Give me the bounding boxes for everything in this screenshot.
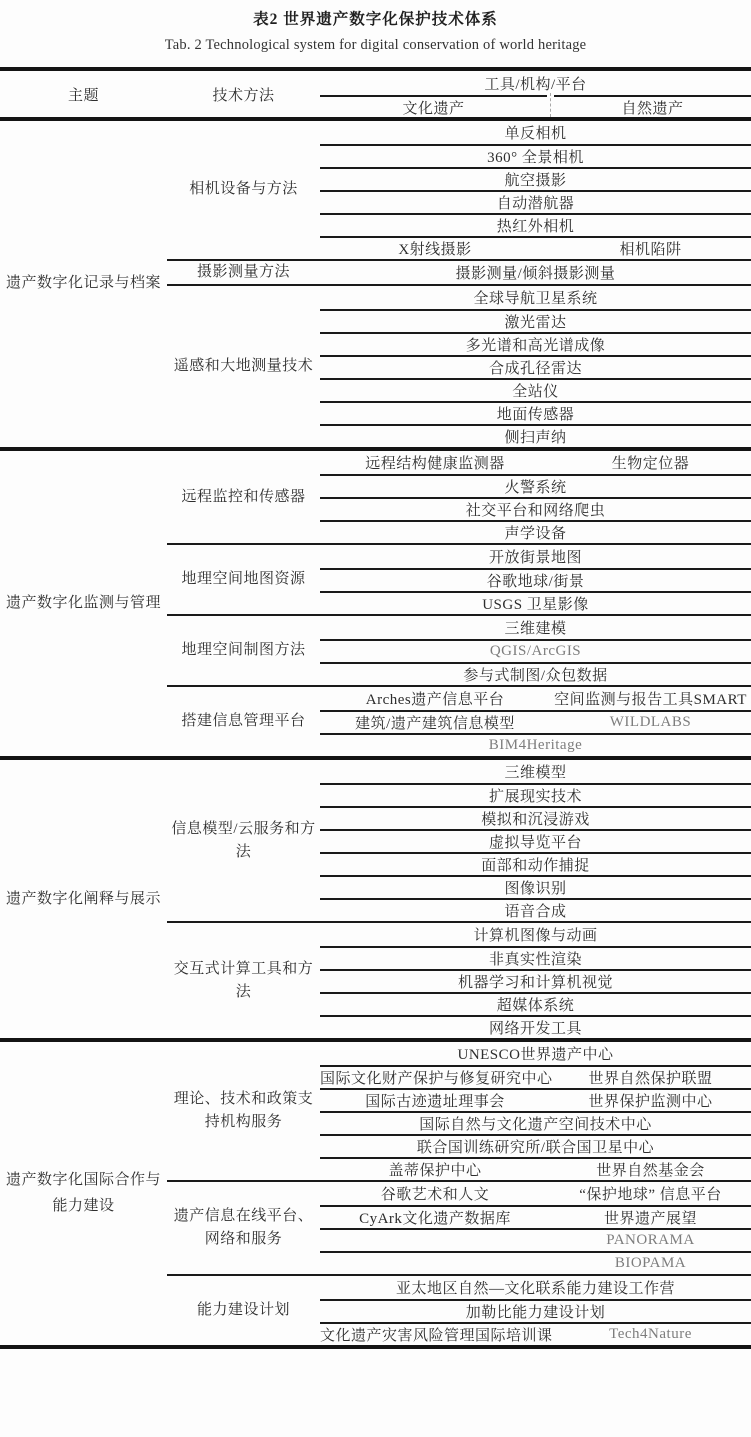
tool-row: 网络开发工具 (320, 1015, 751, 1038)
tool-cell-span: 计算机图像与动画 (320, 924, 751, 945)
tool-row: 国际文化财产保护与修复研究中心世界自然保护联盟 (320, 1065, 751, 1088)
method-cell: 相机设备与方法 (167, 121, 320, 259)
tool-cell-span: 三维模型 (320, 761, 751, 782)
tool-cell-natural: PANORAMA (550, 1232, 751, 1249)
tool-row: 谷歌地球/街景 (320, 568, 751, 591)
tool-rows: 远程结构健康监测器生物定位器火警系统社交平台和网络爬虫声学设备 (320, 451, 751, 543)
column-header-natural: 自然遗产 (554, 95, 751, 117)
tool-cell-cultural: 建筑/遗产建筑信息模型 (320, 712, 550, 733)
tool-row: 图像识别 (320, 875, 751, 898)
tool-cell-span: USGS 卫星影像 (320, 593, 751, 614)
tool-row: 单反相机 (320, 121, 751, 144)
tool-cell-span: UNESCO世界遗产中心 (320, 1043, 751, 1064)
tool-row: 虚拟导览平台 (320, 829, 751, 852)
tool-cell-span: 面部和动作捕捉 (320, 854, 751, 875)
tool-cell-natural: 生物定位器 (550, 452, 751, 473)
tool-cell-span: 加勒比能力建设计划 (320, 1301, 751, 1322)
tool-cell-span: 热红外相机 (320, 215, 751, 236)
tool-cell-span: 全球导航卫星系统 (320, 287, 751, 308)
method-cell: 遗产信息在线平台、网络和服务 (167, 1182, 320, 1274)
method-cell: 摄影测量方法 (167, 261, 320, 284)
tool-cell-span: QGIS/ArcGIS (320, 643, 751, 660)
tool-rows: Arches遗产信息平台空间监测与报告工具SMART建筑/遗产建筑信息模型WIL… (320, 687, 751, 756)
tool-row: 合成孔径雷达 (320, 355, 751, 378)
table-section: 遗产数字化阐释与展示信息模型/云服务和方法三维模型扩展现实技术模拟和沉浸游戏虚拟… (0, 756, 751, 1038)
tool-rows: 单反相机360° 全景相机航空摄影自动潜航器热红外相机X射线摄影相机陷阱 (320, 121, 751, 259)
tool-cell-span: 全站仪 (320, 380, 751, 401)
tool-row: 超媒体系统 (320, 992, 751, 1015)
tool-cell-span: 网络开发工具 (320, 1017, 751, 1038)
tool-rows: 谷歌艺术和人文“保护地球” 信息平台CyArk文化遗产数据库世界遗产展望PANO… (320, 1182, 751, 1274)
method-group: 摄影测量方法摄影测量/倾斜摄影测量 (167, 259, 751, 284)
method-cell: 地理空间地图资源 (167, 545, 320, 614)
column-header-tools-group: 工具/机构/平台 文化遗产 自然遗产 (320, 71, 751, 117)
column-header-cultural: 文化遗产 (320, 95, 547, 117)
method-group: 地理空间制图方法三维建模QGIS/ArcGIS参与式制图/众包数据 (167, 614, 751, 685)
tool-row: 面部和动作捕捉 (320, 852, 751, 875)
tool-cell-span: 三维建模 (320, 617, 751, 638)
tool-row: 扩展现实技术 (320, 783, 751, 806)
tool-cell-natural: 世界自然基金会 (550, 1159, 751, 1180)
tool-cell-cultural: 文化遗产灾害风险管理国际培训课 (320, 1324, 550, 1345)
column-header-theme: 主题 (0, 71, 167, 117)
table-body: 遗产数字化记录与档案相机设备与方法单反相机360° 全景相机航空摄影自动潜航器热… (0, 121, 751, 1345)
column-header-method: 技术方法 (167, 71, 320, 117)
tool-row: UNESCO世界遗产中心 (320, 1042, 751, 1065)
tool-row: 社交平台和网络爬虫 (320, 497, 751, 520)
tool-cell-span: 单反相机 (320, 122, 751, 143)
tool-row: 地面传感器 (320, 401, 751, 424)
tool-row: PANORAMA (320, 1228, 751, 1251)
tool-cell-span: 开放街景地图 (320, 546, 751, 567)
tool-cell-span: 国际自然与文化遗产空间技术中心 (320, 1113, 751, 1134)
table-title-chinese: 表2 世界遗产数字化保护技术体系 (0, 7, 751, 29)
tool-row: CyArk文化遗产数据库世界遗产展望 (320, 1205, 751, 1228)
method-group: 理论、技术和政策支持机构服务UNESCO世界遗产中心国际文化财产保护与修复研究中… (167, 1042, 751, 1180)
method-cell: 远程监控和传感器 (167, 451, 320, 543)
tool-rows: 摄影测量/倾斜摄影测量 (320, 261, 751, 284)
tool-row: 计算机图像与动画 (320, 923, 751, 946)
tool-row: 国际自然与文化遗产空间技术中心 (320, 1111, 751, 1134)
tool-row: 语音合成 (320, 898, 751, 921)
tool-rows: 三维模型扩展现实技术模拟和沉浸游戏虚拟导览平台面部和动作捕捉图像识别语音合成 (320, 760, 751, 921)
tool-cell-cultural: 盖蒂保护中心 (320, 1159, 550, 1180)
method-group: 相机设备与方法单反相机360° 全景相机航空摄影自动潜航器热红外相机X射线摄影相… (167, 121, 751, 259)
tool-cell-cultural: X射线摄影 (320, 238, 550, 259)
tool-row: 全球导航卫星系统 (320, 286, 751, 309)
method-group: 遥感和大地测量技术全球导航卫星系统激光雷达多光谱和高光谱成像合成孔径雷达全站仪地… (167, 284, 751, 447)
tool-cell-span: 谷歌地球/街景 (320, 570, 751, 591)
tool-row: 热红外相机 (320, 213, 751, 236)
tool-cell-cultural: 远程结构健康监测器 (320, 452, 550, 473)
tool-cell-span: 语音合成 (320, 900, 751, 921)
tool-cell-cultural: 国际文化财产保护与修复研究中心 (320, 1067, 550, 1088)
table-section: 遗产数字化国际合作与能力建设理论、技术和政策支持机构服务UNESCO世界遗产中心… (0, 1038, 751, 1345)
tool-row: 360° 全景相机 (320, 144, 751, 167)
method-groups: 相机设备与方法单反相机360° 全景相机航空摄影自动潜航器热红外相机X射线摄影相… (167, 121, 751, 447)
tool-row: Arches遗产信息平台空间监测与报告工具SMART (320, 687, 751, 710)
tool-cell-natural: 世界遗产展望 (550, 1207, 751, 1228)
tool-row: 加勒比能力建设计划 (320, 1299, 751, 1322)
tool-cell-span: BIM4Heritage (320, 737, 751, 754)
tool-row: 侧扫声纳 (320, 424, 751, 447)
tool-row: 亚太地区自然—文化联系能力建设工作营 (320, 1276, 751, 1299)
method-cell: 理论、技术和政策支持机构服务 (167, 1042, 320, 1180)
tool-cell-natural: 空间监测与报告工具SMART (550, 688, 751, 709)
table-header-row: 主题 技术方法 工具/机构/平台 文化遗产 自然遗产 (0, 71, 751, 121)
tool-cell-span: 火警系统 (320, 476, 751, 497)
tool-cell-natural: BIOPAMA (550, 1255, 751, 1272)
tool-row: 参与式制图/众包数据 (320, 662, 751, 685)
theme-cell: 遗产数字化国际合作与能力建设 (0, 1042, 167, 1345)
tool-row: QGIS/ArcGIS (320, 639, 751, 662)
method-cell: 能力建设计划 (167, 1276, 320, 1345)
tool-row: 摄影测量/倾斜摄影测量 (320, 261, 751, 284)
tool-cell-span: 亚太地区自然—文化联系能力建设工作营 (320, 1277, 751, 1298)
tool-row: 建筑/遗产建筑信息模型WILDLABS (320, 710, 751, 733)
tool-row: 自动潜航器 (320, 190, 751, 213)
tool-row: 模拟和沉浸游戏 (320, 806, 751, 829)
method-cell: 搭建信息管理平台 (167, 687, 320, 756)
tool-cell-natural: “保护地球” 信息平台 (550, 1183, 751, 1204)
tool-cell-span: 超媒体系统 (320, 994, 751, 1015)
method-groups: 信息模型/云服务和方法三维模型扩展现实技术模拟和沉浸游戏虚拟导览平台面部和动作捕… (167, 760, 751, 1038)
tool-row: X射线摄影相机陷阱 (320, 236, 751, 259)
tool-rows: 三维建模QGIS/ArcGIS参与式制图/众包数据 (320, 616, 751, 685)
tool-rows: 亚太地区自然—文化联系能力建设工作营加勒比能力建设计划文化遗产灾害风险管理国际培… (320, 1276, 751, 1345)
tool-row: BIOPAMA (320, 1251, 751, 1274)
tool-cell-natural: Tech4Nature (550, 1326, 751, 1343)
tool-cell-cultural: CyArk文化遗产数据库 (320, 1207, 550, 1228)
method-group: 远程监控和传感器远程结构健康监测器生物定位器火警系统社交平台和网络爬虫声学设备 (167, 451, 751, 543)
tool-row: 机器学习和计算机视觉 (320, 969, 751, 992)
method-groups: 远程监控和传感器远程结构健康监测器生物定位器火警系统社交平台和网络爬虫声学设备地… (167, 451, 751, 756)
table-section: 遗产数字化监测与管理远程监控和传感器远程结构健康监测器生物定位器火警系统社交平台… (0, 447, 751, 756)
heritage-technology-table: 主题 技术方法 工具/机构/平台 文化遗产 自然遗产 遗产数字化记录与档案相机设… (0, 67, 751, 1349)
table-title-english: Tab. 2 Technological system for digital … (0, 37, 751, 54)
method-group: 交互式计算工具和方法计算机图像与动画非真实性渲染机器学习和计算机视觉超媒体系统网… (167, 921, 751, 1038)
tool-cell-span: 模拟和沉浸游戏 (320, 808, 751, 829)
tool-cell-span: 扩展现实技术 (320, 785, 751, 806)
tool-row: 三维建模 (320, 616, 751, 639)
tool-cell-natural: 相机陷阱 (550, 238, 751, 259)
tool-row: 火警系统 (320, 474, 751, 497)
tool-row: 谷歌艺术和人文“保护地球” 信息平台 (320, 1182, 751, 1205)
theme-cell: 遗产数字化阐释与展示 (0, 760, 167, 1038)
tool-cell-span: 社交平台和网络爬虫 (320, 499, 751, 520)
tool-row: 国际古迹遗址理事会世界保护监测中心 (320, 1088, 751, 1111)
method-cell: 地理空间制图方法 (167, 616, 320, 685)
method-group: 搭建信息管理平台Arches遗产信息平台空间监测与报告工具SMART建筑/遗产建… (167, 685, 751, 756)
tool-row: BIM4Heritage (320, 733, 751, 756)
tool-cell-span: 声学设备 (320, 522, 751, 543)
tool-row: 声学设备 (320, 520, 751, 543)
tool-cell-span: 合成孔径雷达 (320, 357, 751, 378)
tool-cell-natural: 世界保护监测中心 (550, 1090, 751, 1111)
tool-row: 航空摄影 (320, 167, 751, 190)
tool-cell-span: 侧扫声纳 (320, 426, 751, 447)
tool-row: 三维模型 (320, 760, 751, 783)
tool-row: 开放街景地图 (320, 545, 751, 568)
method-groups: 理论、技术和政策支持机构服务UNESCO世界遗产中心国际文化财产保护与修复研究中… (167, 1042, 751, 1345)
document-page: 表2 世界遗产数字化保护技术体系 Tab. 2 Technological sy… (0, 0, 751, 1437)
tool-cell-span: 机器学习和计算机视觉 (320, 971, 751, 992)
tool-row: 文化遗产灾害风险管理国际培训课Tech4Nature (320, 1322, 751, 1345)
tool-row: 多光谱和高光谱成像 (320, 332, 751, 355)
tool-cell-span: 联合国训练研究所/联合国卫星中心 (320, 1136, 751, 1157)
tools-subheader-row: 文化遗产 自然遗产 (320, 95, 751, 117)
tool-cell-span: 虚拟导览平台 (320, 831, 751, 852)
column-divider-tick (547, 95, 554, 117)
method-group: 遗产信息在线平台、网络和服务谷歌艺术和人文“保护地球” 信息平台CyArk文化遗… (167, 1180, 751, 1274)
tool-row: 激光雷达 (320, 309, 751, 332)
column-header-tools: 工具/机构/平台 (320, 71, 751, 95)
tool-row: 全站仪 (320, 378, 751, 401)
method-cell: 交互式计算工具和方法 (167, 923, 320, 1038)
tool-row: 远程结构健康监测器生物定位器 (320, 451, 751, 474)
tool-cell-span: 图像识别 (320, 877, 751, 898)
tool-row: 非真实性渲染 (320, 946, 751, 969)
tool-cell-cultural: Arches遗产信息平台 (320, 688, 550, 709)
tool-row: USGS 卫星影像 (320, 591, 751, 614)
tool-cell-span: 非真实性渲染 (320, 948, 751, 969)
method-group: 信息模型/云服务和方法三维模型扩展现实技术模拟和沉浸游戏虚拟导览平台面部和动作捕… (167, 760, 751, 921)
tool-row: 盖蒂保护中心世界自然基金会 (320, 1157, 751, 1180)
tool-cell-span: 自动潜航器 (320, 192, 751, 213)
tool-rows: 计算机图像与动画非真实性渲染机器学习和计算机视觉超媒体系统网络开发工具 (320, 923, 751, 1038)
tool-row: 联合国训练研究所/联合国卫星中心 (320, 1134, 751, 1157)
method-cell: 信息模型/云服务和方法 (167, 760, 320, 921)
tool-cell-cultural: 谷歌艺术和人文 (320, 1183, 550, 1204)
tool-rows: UNESCO世界遗产中心国际文化财产保护与修复研究中心世界自然保护联盟国际古迹遗… (320, 1042, 751, 1180)
tool-rows: 全球导航卫星系统激光雷达多光谱和高光谱成像合成孔径雷达全站仪地面传感器侧扫声纳 (320, 286, 751, 447)
tool-cell-span: 激光雷达 (320, 311, 751, 332)
theme-cell: 遗产数字化记录与档案 (0, 121, 167, 447)
tool-rows: 开放街景地图谷歌地球/街景USGS 卫星影像 (320, 545, 751, 614)
theme-cell: 遗产数字化监测与管理 (0, 451, 167, 756)
method-group: 能力建设计划亚太地区自然—文化联系能力建设工作营加勒比能力建设计划文化遗产灾害风… (167, 1274, 751, 1345)
tool-cell-span: 360° 全景相机 (320, 146, 751, 167)
tool-cell-span: 地面传感器 (320, 403, 751, 424)
tool-cell-span: 航空摄影 (320, 169, 751, 190)
tool-cell-natural: WILDLABS (550, 714, 751, 731)
tool-cell-span: 多光谱和高光谱成像 (320, 334, 751, 355)
method-group: 地理空间地图资源开放街景地图谷歌地球/街景USGS 卫星影像 (167, 543, 751, 614)
tool-cell-span: 摄影测量/倾斜摄影测量 (320, 262, 751, 283)
method-cell: 遥感和大地测量技术 (167, 286, 320, 447)
tool-cell-span: 参与式制图/众包数据 (320, 664, 751, 685)
tool-cell-cultural: 国际古迹遗址理事会 (320, 1090, 550, 1111)
table-section: 遗产数字化记录与档案相机设备与方法单反相机360° 全景相机航空摄影自动潜航器热… (0, 121, 751, 447)
tool-cell-natural: 世界自然保护联盟 (550, 1067, 751, 1088)
